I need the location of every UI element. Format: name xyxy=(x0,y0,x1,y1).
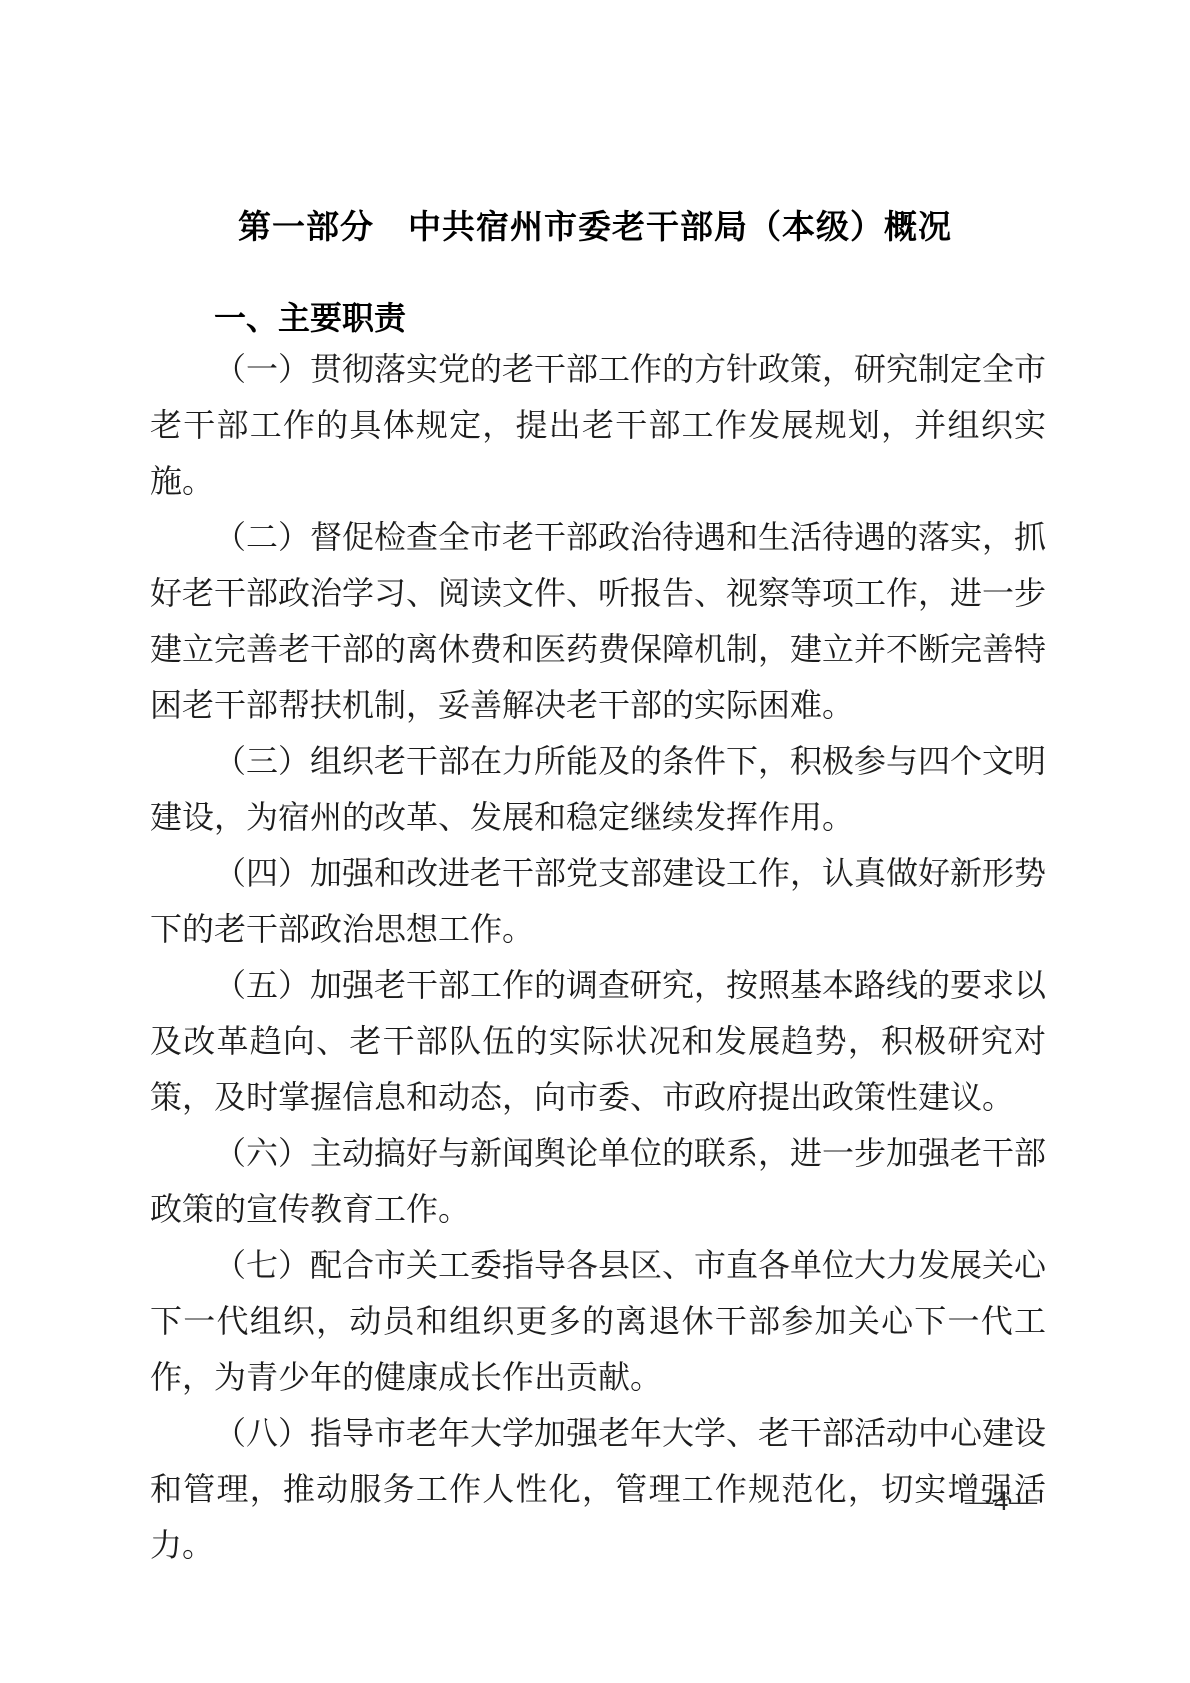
document-page: 第一部分 中共宿州市委老干部局（本级）概况 一、主要职责 （一）贯彻落实党的老干… xyxy=(0,0,1190,1683)
paragraph-5: （五）加强老干部工作的调查研究，按照基本路线的要求以及改革趋向、老干部队伍的实际… xyxy=(150,957,1046,1125)
paragraph-4: （四）加强和改进老干部党支部建设工作，认真做好新形势下的老干部政治思想工作。 xyxy=(150,845,1046,957)
paragraph-2: （二）督促检查全市老干部政治待遇和生活待遇的落实，抓好老干部政治学习、阅读文件、… xyxy=(150,509,1046,733)
paragraph-6: （六）主动搞好与新闻舆论单位的联系，进一步加强老干部政策的宣传教育工作。 xyxy=(150,1125,1046,1237)
paragraph-7: （七）配合市关工委指导各县区、市直各单位大力发展关心下一代组织，动员和组织更多的… xyxy=(150,1237,1046,1405)
document-title: 第一部分 中共宿州市委老干部局（本级）概况 xyxy=(0,201,1190,248)
section-heading: 一、主要职责 xyxy=(150,293,406,339)
page-number: —4— xyxy=(965,1486,1038,1518)
paragraph-8: （八）指导市老年大学加强老年大学、老干部活动中心建设和管理，推动服务工作人性化，… xyxy=(150,1405,1046,1573)
paragraph-3: （三）组织老干部在力所能及的条件下，积极参与四个文明建设，为宿州的改革、发展和稳… xyxy=(150,733,1046,845)
paragraph-1: （一）贯彻落实党的老干部工作的方针政策，研究制定全市老干部工作的具体规定，提出老… xyxy=(150,341,1046,509)
body-text: （一）贯彻落实党的老干部工作的方针政策，研究制定全市老干部工作的具体规定，提出老… xyxy=(150,341,1046,1573)
